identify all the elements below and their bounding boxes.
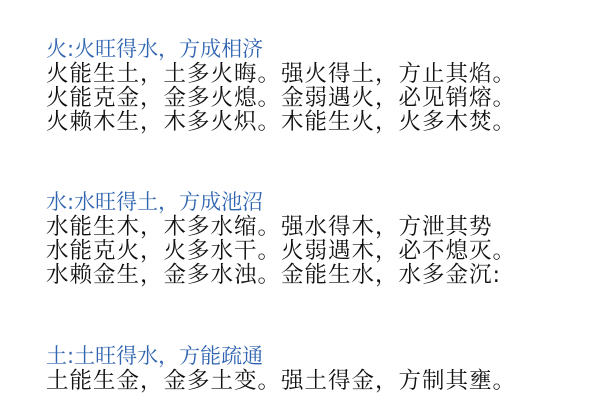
section-title-earth: 土:土旺得水，方能疏通 <box>46 344 516 369</box>
text-line: 水赖金生，金多水浊。金能生水，水多金沉: <box>46 263 516 287</box>
section-earth: 土:土旺得水，方能疏通 土能生金，金多土变。强土得金，方制其壅。 <box>46 344 516 393</box>
text-line: 土能生金，金多土变。强土得金，方制其壅。 <box>46 369 516 393</box>
text-line: 水能克火，火多水干。火弱遇木，必不熄灭。 <box>46 239 516 263</box>
section-fire: 火:火旺得水，方成相济 火能生土，土多火晦。强火得土，方止其焰。 火能克金，金多… <box>46 37 516 134</box>
section-water: 水:水旺得土，方成池沼 水能生木，木多水缩。强水得木，方泄其势 水能克火，火多水… <box>46 190 516 287</box>
section-title-fire: 火:火旺得水，方成相济 <box>46 37 516 62</box>
section-title-water: 水:水旺得土，方成池沼 <box>46 190 516 215</box>
text-line: 火能生土，土多火晦。强火得土，方止其焰。 <box>46 62 516 86</box>
text-line: 水能生木，木多水缩。强水得木，方泄其势 <box>46 215 516 239</box>
text-line: 火赖木生，木多火炽。木能生火，火多木焚。 <box>46 110 516 134</box>
text-line: 火能克金，金多火熄。金弱遇火，必见销熔。 <box>46 86 516 110</box>
